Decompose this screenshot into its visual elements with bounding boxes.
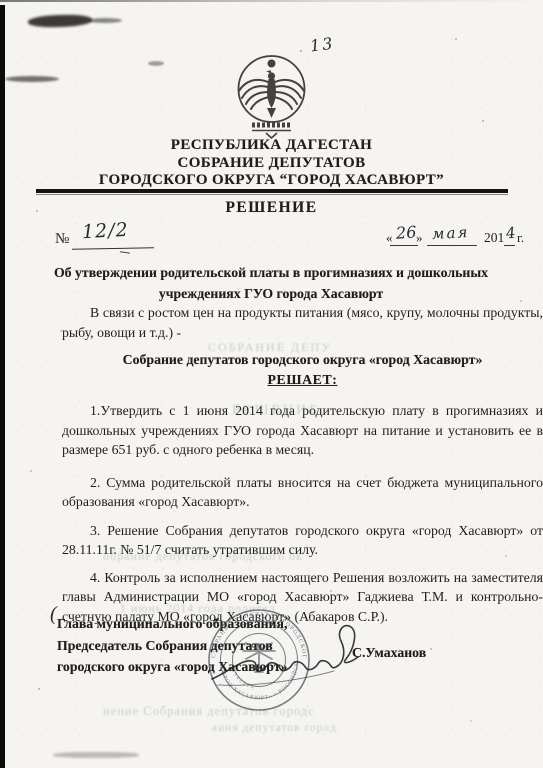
date-day-underline: [390, 245, 418, 246]
resolves-label: РЕШАЕТ:: [62, 370, 543, 390]
document-type-heading: РЕШЕНИЕ: [0, 199, 543, 217]
date-month-underline: [427, 245, 477, 246]
bleedthrough-text: СОБРАНИЕ ДЕПУ: [208, 340, 332, 355]
ink-smudge: [28, 14, 92, 28]
handwritten-signature: [208, 607, 368, 692]
letterhead-line-assembly: СОБРАНИЕ ДЕПУТАТОВ: [0, 155, 543, 173]
date-year-underline: [504, 245, 515, 246]
letterhead-divider: [36, 189, 508, 193]
date-quote-close: »: [416, 230, 423, 246]
bleedthrough-text: РЕШЕНИЕ: [232, 403, 321, 419]
signer-name: С.Умаханов: [352, 645, 426, 661]
ink-smudge: [5, 76, 59, 82]
dagestan-coat-of-arms-icon: [222, 50, 321, 140]
ink-smudge: [148, 61, 164, 66]
letterhead-line-district: ГОРОДСКОГО ОКРУГА “ГОРОД ХАСАВЮРТ”: [0, 172, 543, 190]
bleedthrough-text: обрание депутатов городского ок: [103, 549, 303, 564]
handwritten-date-month: мая: [432, 223, 470, 243]
handwritten-date-year-digit: 4: [505, 224, 516, 243]
number-underline: [72, 247, 154, 249]
scan-noise-specks: [0, 0, 2, 2]
handwritten-paren-mark: (: [50, 603, 57, 626]
number-label: №: [55, 231, 69, 248]
scanned-decision-document: 13 РЕС: [0, 0, 543, 768]
scan-left-edge: [0, 5, 5, 768]
intro-paragraph: В связи с ростом цен на продукты питания…: [62, 303, 543, 342]
decision-title: Об утверждении родительской платы в прог…: [36, 262, 506, 304]
decision-item-2: 2. Сумма родительской платы вносится на …: [62, 473, 543, 512]
date-quote-open: «: [386, 230, 393, 246]
ink-smudge: [88, 18, 122, 23]
bleedthrough-text: ания депутатов город: [212, 722, 337, 734]
handwritten-decision-number: 12/2: [81, 219, 129, 243]
date-year-printed: 201: [484, 230, 504, 246]
letterhead-line-republic: РЕСПУБЛИКА ДАГЕСТАН: [0, 137, 543, 155]
handwritten-tick: [120, 251, 130, 253]
letterhead: РЕСПУБЛИКА ДАГЕСТАН СОБРАНИЕ ДЕПУТАТОВ Г…: [0, 137, 543, 190]
date-year-suffix: г.: [517, 230, 524, 246]
ink-smudge: [53, 752, 139, 758]
letterhead-divider-thin: [36, 194, 508, 195]
handwritten-date-day: 26: [395, 222, 417, 242]
scan-top-edge: [0, 0, 543, 2]
